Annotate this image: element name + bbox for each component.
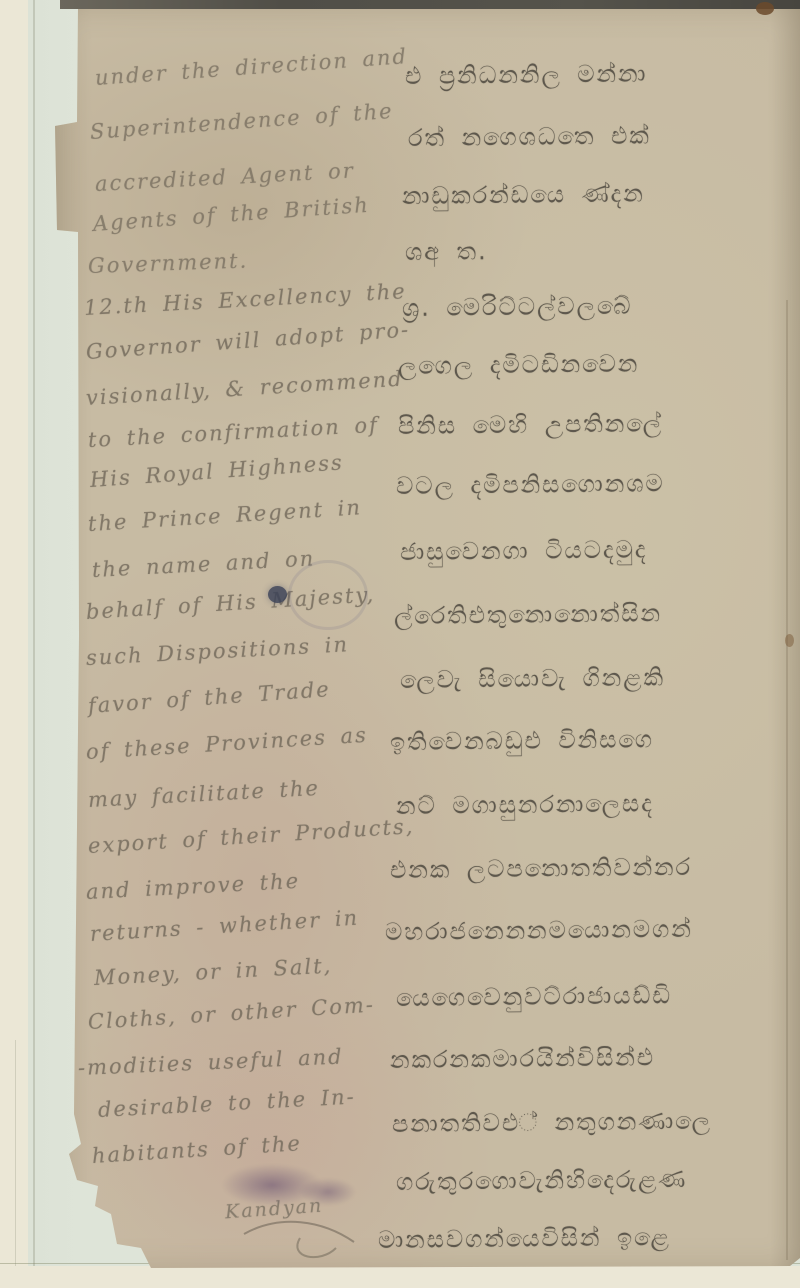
paper-crease — [786, 300, 788, 1260]
stain-spot — [785, 634, 794, 647]
sinhala-line-12: ඉතිවෙනබඩුඑ විනිසගෙ — [390, 725, 654, 756]
crease-line — [33, 0, 35, 1266]
sinhala-line-10: ල්රෙතිඑතුනොනොත්සින — [394, 599, 662, 630]
sinhala-line-15: මහරාජනෙනනමයොනමගන් — [385, 915, 693, 946]
crease-line — [15, 1040, 16, 1266]
sinhala-line-17: නකරනකමාරයින්විසින්එ — [390, 1043, 655, 1074]
ink-ring-stain — [288, 560, 368, 630]
stain-spot — [756, 2, 774, 15]
sinhala-line-1: එ ප්‍රනිධනනිල මන්නා — [405, 59, 648, 90]
manuscript-scan: under the direction andSuperintendence o… — [0, 0, 800, 1288]
sinhala-line-7: පිනිස මෙහි උපතිනලේ — [398, 409, 663, 440]
sinhala-line-13: නට් මගාසුනරනාලෙසද — [396, 789, 654, 820]
sinhala-line-5: ශ්‍ර. මෙරිට්ටල්වලබේ — [402, 292, 633, 322]
ink-smudge — [300, 1178, 356, 1206]
sinhala-line-11: ලෙවැ සියොවැ ගිනළකි — [400, 663, 665, 694]
ink-blot — [268, 586, 287, 603]
flourish-mark — [238, 1212, 368, 1268]
sinhala-line-4: ශඅ ත. — [405, 237, 488, 266]
sinhala-line-18: පනාතතිවඑ් නතුගනණාලෙ — [392, 1107, 712, 1138]
sinhala-line-9: ජාසුවෙනගා ටියටදමුද — [400, 535, 648, 566]
sinhala-line-8: වටල දමිපනිසගොනශම — [396, 469, 665, 500]
sinhala-line-16: යෙගෙවෙනුවට්රාජායඩ්ඩි — [396, 981, 672, 1012]
sinhala-line-3: නාඩුකරන්ඩයෙ ණ්දන — [402, 179, 645, 210]
sinhala-line-19: ගරුතුරගොවැනිහිදෙරුළණ — [396, 1165, 688, 1196]
sinhala-line-2: රත් නගෙශධතෙ එක් — [408, 121, 651, 152]
sinhala-line-14: එනක ලටපනොතතිවන්නර — [390, 853, 692, 884]
top-edge-strip — [60, 0, 800, 9]
sinhala-line-6: ලගෙල දමිටඩිනවෙන — [398, 349, 640, 380]
sinhala-line-20: මානසවගන්යෙවිසින් ඉළෙ — [378, 1223, 671, 1254]
